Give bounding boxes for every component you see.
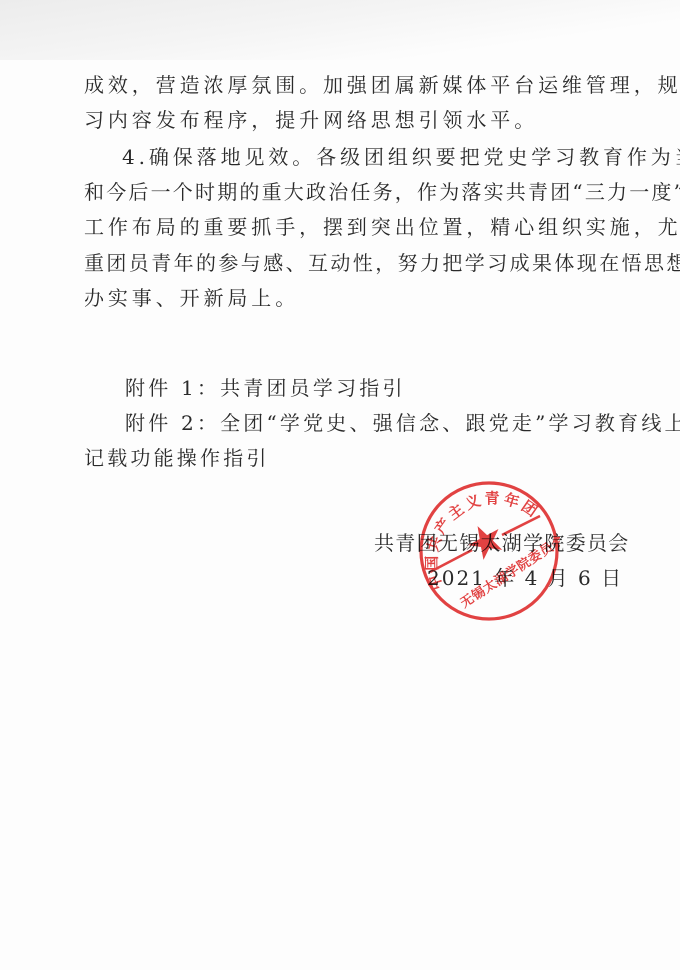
star-icon [462,518,508,563]
attachment-2: 附件 2：全团“学党史、强信念、跟党走”学习教育线上 [125,411,612,435]
body-line: 办实事、开新局上。 [84,286,612,310]
official-seal-stamp: 中国共产主义青年团 无锡太湖学院委员会 [418,480,560,622]
document-page: 成效，营造浓厚氛围。加强团属新媒体平台运维管理，规范学 习内容发布程序，提升网络… [0,0,680,970]
body-line: 工作布局的重要抓手，摆到突出位置，精心组织实施，尤其注 [84,215,612,239]
body-line: 和今后一个时期的重大政治任务，作为落实共青团“三力一度” [84,180,612,204]
attachment-2-continued: 记载功能操作指引 [84,446,612,470]
section-4-heading-line: 4.确保落地见效。各级团组织要把党史学习教育作为当前 [122,145,612,169]
body-line: 习内容发布程序，提升网络思想引领水平。 [84,108,612,132]
body-line: 重团员青年的参与感、互动性，努力把学习成果体现在悟思想、 [84,251,612,275]
seal-right-bar [502,516,540,535]
body-line: 成效，营造浓厚氛围。加强团属新媒体平台运维管理，规范学 [84,73,612,97]
attachment-1: 附件 1：共青团员学习指引 [125,376,612,400]
